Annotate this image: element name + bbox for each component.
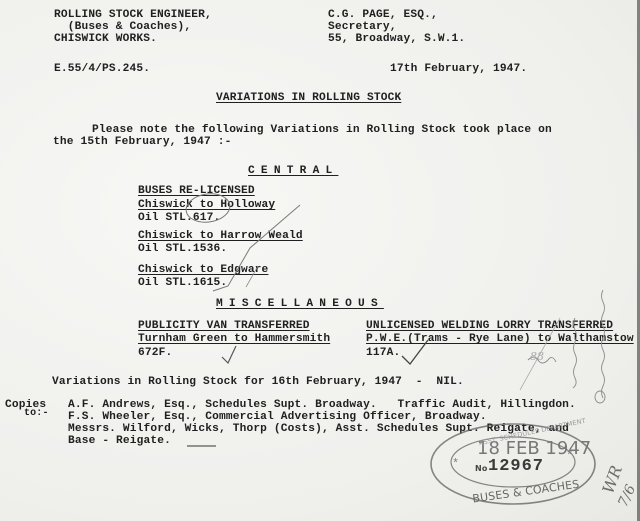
margin-scribble: [573, 318, 577, 388]
stamp-number: 12967: [488, 458, 544, 475]
document-page: ROLLING STOCK ENGINEER, (Buses & Coaches…: [0, 0, 640, 521]
margin-note: 88: [530, 350, 544, 363]
tick-mark: [222, 346, 236, 363]
circle-mark: [184, 191, 231, 225]
check-mark: [213, 205, 300, 291]
star-icon: *: [452, 457, 459, 471]
margin-scribble: [602, 290, 605, 398]
tick-mark: [402, 340, 428, 364]
stamp-number-prefix: No: [475, 465, 488, 473]
